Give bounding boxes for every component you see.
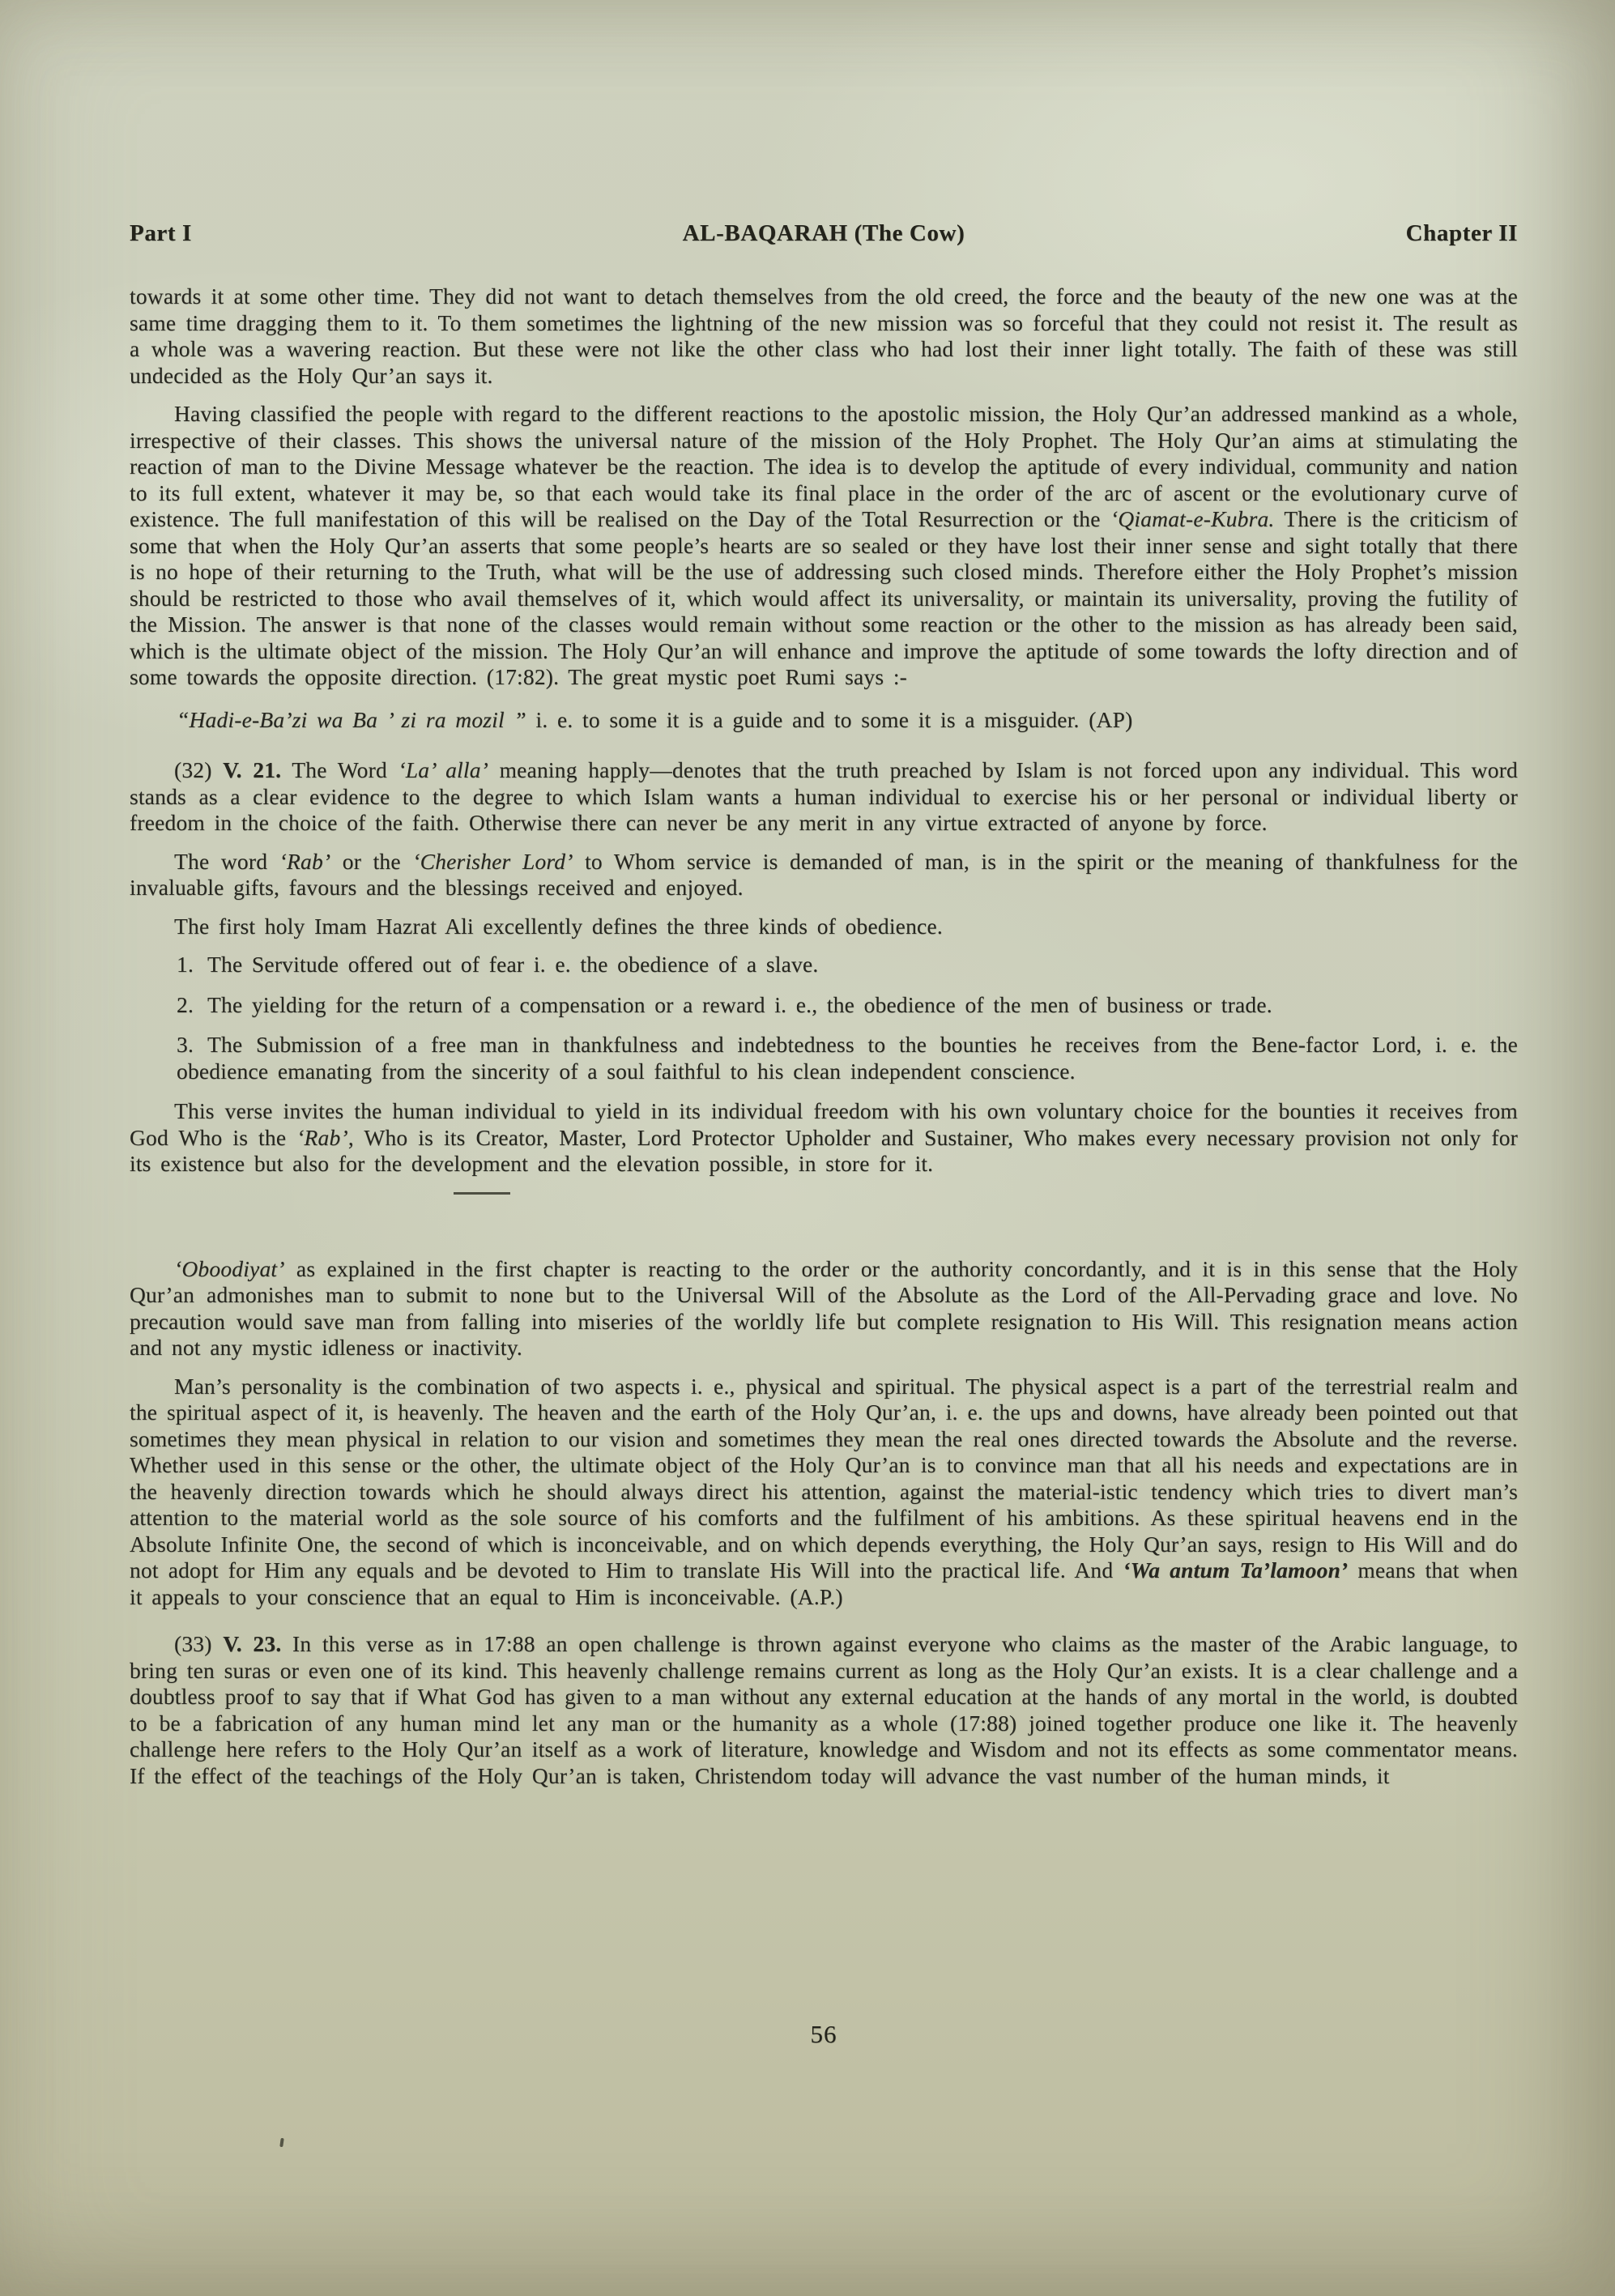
paragraph-imam: The first holy Imam Hazrat Ali excellent… — [130, 914, 1518, 940]
list-item: 2.The yielding for the return of a compe… — [177, 992, 1518, 1019]
paragraph-personality: Man’s personality is the combination of … — [130, 1374, 1518, 1611]
paragraph-classification: Having classified the people with regard… — [130, 401, 1518, 691]
body-text: towards it at some other time. They did … — [130, 283, 1518, 1801]
paragraph-oboodiyat: ‘Oboodiyat’ as explained in the first ch… — [130, 1256, 1518, 1361]
header-part-label: Part I — [130, 220, 683, 247]
list-item-number: 2. — [177, 992, 207, 1019]
page-header: Part I AL-BAQARAH (The Cow) Chapter II — [130, 220, 1518, 247]
list-item-number: 1. — [177, 952, 207, 978]
list-item: 3.The Submission of a free man in thankf… — [177, 1032, 1518, 1084]
header-chapter-label: Chapter II — [965, 220, 1518, 247]
list-item-text: The Submission of a free man in thankful… — [177, 1032, 1518, 1084]
paragraph-continuation: towards it at some other time. They did … — [130, 283, 1518, 389]
header-surah-title: AL-BAQARAH (The Cow) — [683, 220, 965, 247]
paragraph-verse-invitation: This verse invites the human individual … — [130, 1098, 1518, 1178]
paragraph-note-32: (32) V. 21. The Word ‘La’ alla’ meaning … — [130, 757, 1518, 837]
list-item-text: The Servitude offered out of fear i. e. … — [207, 952, 818, 977]
list-item: 1.The Servitude offered out of fear i. e… — [177, 952, 1518, 978]
paragraph-rab: The word ‘Rab’ or the ‘Cherisher Lord’ t… — [130, 849, 1518, 901]
paragraph-note-33: (33) V. 23. In this verse as in 17:88 an… — [130, 1631, 1518, 1789]
obedience-list: 1.The Servitude offered out of fear i. e… — [130, 952, 1518, 1084]
list-item-text: The yielding for the return of a compens… — [207, 992, 1272, 1017]
list-item-number: 3. — [177, 1032, 207, 1059]
page-number: 56 — [130, 2020, 1518, 2049]
rumi-quote: “Hadi-e-Ba’zi wa Ba ’ zi ra mozil ” i. e… — [177, 707, 1518, 734]
section-divider — [454, 1192, 510, 1195]
